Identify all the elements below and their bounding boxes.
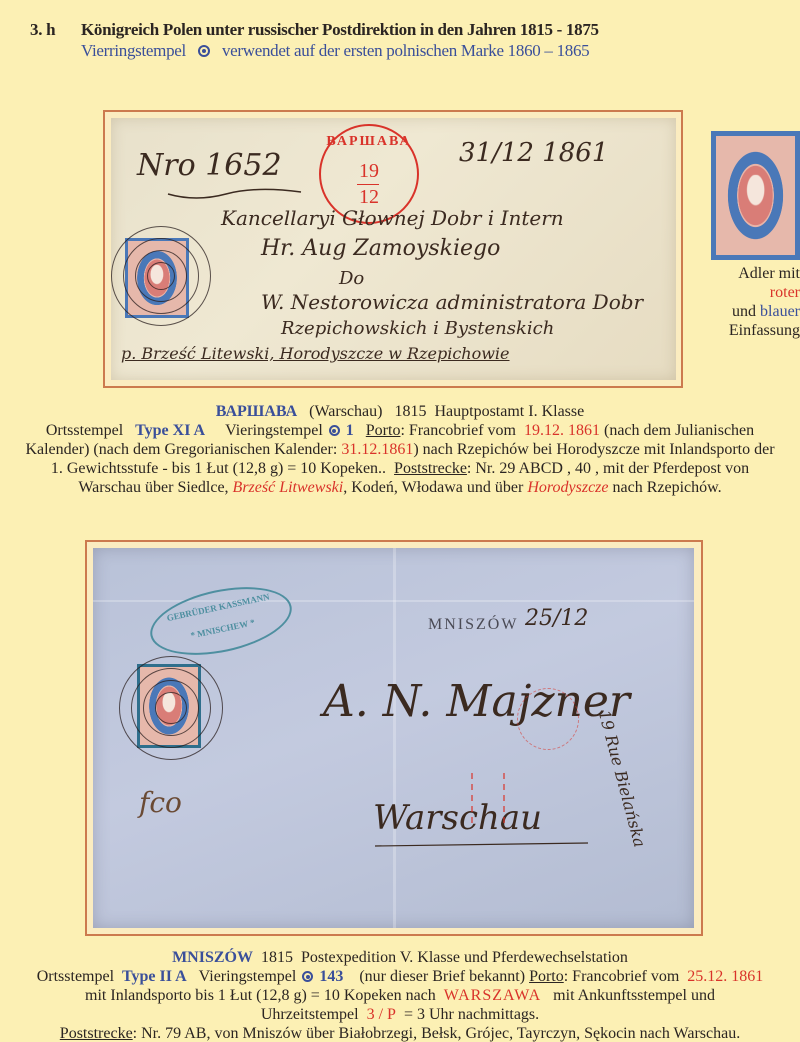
caption-text: Warschau über Siedlce, — [78, 479, 228, 496]
caption-text: mit Ankunftsstempel und — [553, 987, 715, 1004]
caption-text: und — [732, 303, 760, 320]
cover-2-caption-line-4: Uhrzeitstempel 3 / P = 3 Uhr nachmittags… — [0, 1005, 800, 1024]
caption-text: (nach dem Julianischen — [604, 422, 754, 439]
four-ring-cancel-inner — [155, 692, 187, 724]
caption-text: 1. Gewichtsstufe - bis 1 Łut (12,8 g) = … — [51, 460, 386, 477]
caption-text: ) nach Rzepichów bei Horodyszcze mit Inl… — [413, 441, 774, 458]
cancel-number: 1 — [346, 422, 354, 439]
caption-text: Einfassung — [705, 321, 800, 340]
year: 1815 — [261, 949, 293, 966]
fold-line — [393, 548, 396, 928]
red-arrival-postmark — [517, 688, 579, 750]
office-class: Hauptpostamt I. Klasse — [434, 403, 584, 420]
date: 25.12. 1861 — [687, 968, 763, 985]
addressee-name: A. N. Majzner — [323, 676, 630, 727]
caption-text: : Francobrief vom — [400, 422, 516, 439]
date-gregorian: 31.12.1861 — [341, 441, 413, 458]
page-subtitle: Vierringstempelverwendet auf der ersten … — [81, 41, 589, 61]
caption-text: Poststrecke — [60, 1025, 133, 1042]
postmark-town: ВАРШАВА — [321, 134, 417, 150]
cover-1-caption-line-1: ВАРШАВА (Warschau) 1815 Hauptpostamt I. … — [0, 402, 800, 421]
caption-text: Vieringstempel — [225, 422, 323, 439]
town-name: MNISZÓW — [172, 949, 253, 966]
town-german: (Warschau) — [309, 403, 382, 420]
title-text: Königreich Polen unter russischer Postdi… — [81, 20, 599, 39]
cancel-type: Type XI A — [135, 422, 205, 439]
caption-text: : Nr. 29 ABCD , 40 , mit der Pferdepost … — [467, 460, 749, 477]
street-address: 19 Rue Bielańska — [595, 708, 650, 849]
postmark-divider — [357, 184, 379, 185]
cover-1-caption-line-5: Warschau über Siedlce, Brześć Litwewski,… — [0, 478, 800, 497]
caption-text: Kalender) (nach dem Gregorianischen Kale… — [25, 441, 337, 458]
address-line-4: Rzepichowskich i Bystenskich — [281, 318, 554, 339]
cover-1-number: Nro 1652 — [137, 148, 282, 183]
section-number: 3. h — [30, 20, 81, 40]
four-ring-cancel-icon — [302, 971, 313, 982]
four-ring-cancel-icon — [198, 45, 210, 57]
enlarged-stamp-image — [711, 131, 800, 260]
stamp-border — [711, 131, 800, 260]
caption-text: nach Rzepichów. — [613, 479, 722, 496]
destination-highlight: WARSZAWA — [444, 987, 541, 1004]
office-class: Postexpedition V. Klasse und Pferdewechs… — [301, 949, 628, 966]
cover-1-caption-line-2: Ortsstempel Type XI A Vieringstempel1 Po… — [0, 421, 800, 440]
cover-2-caption-line-5: Poststrecke: Nr. 79 AB, von Mniszów über… — [0, 1024, 800, 1042]
cover-2-caption-line-2: Ortsstempel Type II A Vieringstempel143 … — [0, 967, 800, 986]
caption-text: : Nr. 79 AB, von Mniszów über Białobrzeg… — [133, 1025, 741, 1042]
four-ring-cancel-icon — [329, 425, 340, 436]
town-name: ВАРШАВА — [216, 403, 297, 420]
postmark-day: 19 — [321, 160, 417, 183]
cover-2-folded-letter: GEBRÜDER KASSMANN * MNISCHEW * MNISZÓW 2… — [93, 548, 694, 928]
caption-text: , Kodeń, Włodawa und über — [343, 479, 523, 496]
cover-1-date: 31/12 1861 — [459, 138, 608, 168]
cover-1-caption-line-3: Kalender) (nach dem Gregorianischen Kale… — [0, 440, 800, 459]
date-julian: 19.12. 1861 — [524, 422, 600, 439]
subtitle-right: verwendet auf der ersten polnischen Mark… — [222, 41, 589, 60]
cover-2-date: 25/12 — [525, 606, 588, 631]
address-do: Do — [339, 268, 364, 289]
caption-text: Ortsstempel — [46, 422, 123, 439]
cover-1-caption-line-4: 1. Gewichtsstufe - bis 1 Łut (12,8 g) = … — [0, 459, 800, 478]
subtitle-left: Vierringstempel — [81, 41, 186, 60]
address-line-3: W. Nestorowicza administratora Dobr — [261, 290, 643, 314]
time-code: 3 / P — [367, 1006, 396, 1023]
underline — [373, 840, 593, 850]
address-line-1: Kancellaryi Głownej Dobr i Intern — [221, 206, 564, 230]
side-stamp-caption: Adler mit roter und blauer Einfassung — [705, 264, 800, 340]
place-highlight: Horodyszcze — [527, 479, 608, 496]
caption-red-word: roter — [770, 284, 800, 301]
caption-text: Porto — [366, 422, 401, 439]
four-ring-cancel-inner — [147, 262, 175, 290]
caption-text: = 3 Uhr nachmittags. — [404, 1006, 539, 1023]
caption-blue-word: blauer — [760, 303, 800, 320]
cover-1-envelope: Nro 1652 ВАРШАВА 19 12 31/12 1861 Kancel… — [111, 118, 676, 380]
address-line-5: p. Brześć Litewski, Horodyszcze w Rzepic… — [121, 344, 510, 363]
cover-2-mount: GEBRÜDER KASSMANN * MNISCHEW * MNISZÓW 2… — [85, 540, 703, 936]
address-line-2: Hr. Aug Zamoyskiego — [261, 236, 500, 261]
caption-text: Porto — [529, 968, 564, 985]
caption-text: (nur dieser Brief bekannt) — [359, 968, 525, 985]
cover-1-mount: Nro 1652 ВАРШАВА 19 12 31/12 1861 Kancel… — [103, 110, 683, 388]
red-time-stamp — [471, 773, 505, 823]
cancel-type: Type II A — [122, 968, 187, 985]
caption-text: Adler mit — [738, 265, 800, 282]
underline-squiggle — [166, 186, 306, 202]
oval-sender-stamp: GEBRÜDER KASSMANN * MNISCHEW * — [144, 576, 298, 667]
franco-mark: fco — [139, 786, 182, 819]
caption-text: Vieringstempel — [199, 968, 297, 985]
line-cancel-mniszow: MNISZÓW — [428, 616, 518, 634]
page-title: 3. hKönigreich Polen unter russischer Po… — [30, 20, 599, 40]
caption-text: mit Inlandsporto bis 1 Łut (12,8 g) = 10… — [85, 987, 436, 1004]
cover-2-caption-line-1: MNISZÓW 1815 Postexpedition V. Klasse un… — [0, 948, 800, 967]
caption-text: Poststrecke — [394, 460, 467, 477]
caption-text: Uhrzeitstempel — [261, 1006, 359, 1023]
caption-text: Ortsstempel — [37, 968, 114, 985]
cancel-number: 143 — [319, 968, 343, 985]
place-highlight: Brześć Litwewski — [233, 479, 344, 496]
addressee-city: Warschau — [373, 798, 542, 838]
cover-2-caption-line-3: mit Inlandsporto bis 1 Łut (12,8 g) = 10… — [0, 986, 800, 1005]
year: 1815 — [394, 403, 426, 420]
caption-text: : Francobrief vom — [564, 968, 680, 985]
